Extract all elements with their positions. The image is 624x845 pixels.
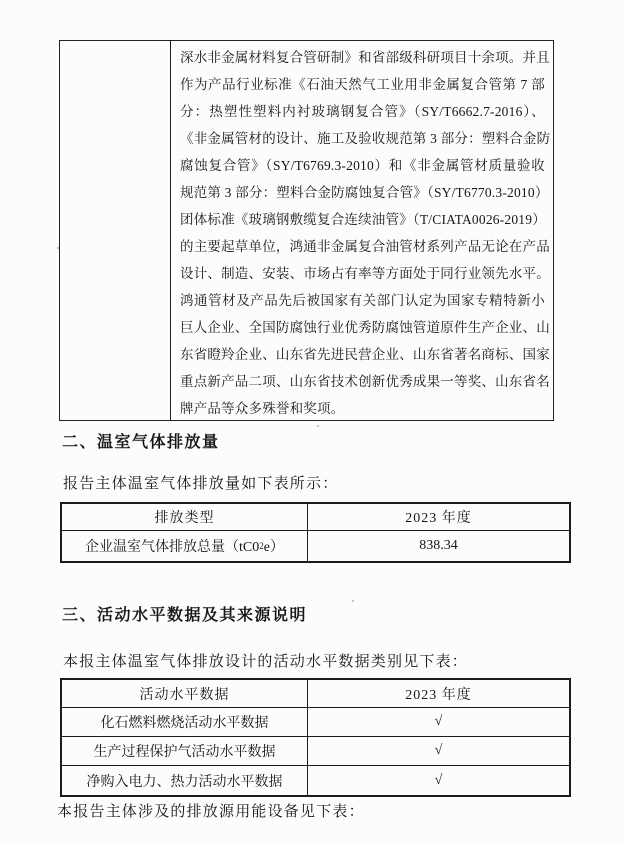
profile-text-line: 的主要起草单位，鸿通非金属复合油管材系列产品无论在产品 [180,233,545,260]
profile-text-line: 牌产品等众多殊誉和奖项。 [180,395,545,420]
scan-speck [57,247,59,249]
profile-text-line: 深水非金属材料复合管研制》和省部级科研项目十余项。并且 [180,44,545,71]
scanned-report-page: 深水非金属材料复合管研制》和省部级科研项目十余项。并且 作为产品行业标准《石油天… [0,0,624,845]
activity-table-header-row: 活动水平数据 2023 年度 [62,680,569,707]
equipment-intro-text: 本报告主体涉及的排放源用能设备见下表： [57,800,365,821]
section-heading-emissions: 二、温室气体排放量 [62,429,220,452]
emissions-table-data-row: 企业温室气体排放总量（tC02e） 838.34 [62,530,569,561]
emissions-col2-header: 2023 年度 [308,504,569,530]
activity-intro-text: 本报主体温室气体排放设计的活动水平数据类别见下表： [63,650,468,671]
profile-text-line: 东省瞪羚企业、山东省先进民营企业、山东省著名商标、国家 [180,341,545,368]
emissions-table: 排放类型 2023 年度 企业温室气体排放总量（tC02e） 838.34 [60,502,571,563]
activity-row-label: 生产过程保护气活动水平数据 [62,737,308,765]
activity-col1-header: 活动水平数据 [62,680,308,707]
activity-row-checkmark: √ [308,737,569,765]
activity-row-label: 化石燃料燃烧活动水平数据 [62,708,308,736]
emissions-table-header-row: 排放类型 2023 年度 [62,504,569,530]
profile-text-line: 作为产品行业标准《石油天然气工业用非金属复合管第 7 部 [180,71,545,98]
profile-text-line: 腐蚀复合管》（SY/T6769.3-2010）和《非金属管材质量验收 [180,152,545,179]
activity-row-label: 净购入电力、热力活动水平数据 [62,766,308,795]
emissions-total-label-prefix: 企业温室气体排放总量（tC0 [85,536,259,556]
profile-text-line: 巨人企业、全国防腐蚀行业优秀防腐蚀管道原件生产企业、山 [180,314,545,341]
emissions-total-label-suffix: e） [264,536,284,556]
activity-table-row: 生产过程保护气活动水平数据 √ [62,736,569,765]
scan-speck [317,425,319,427]
company-profile-table: 深水非金属材料复合管研制》和省部级科研项目十余项。并且 作为产品行业标准《石油天… [59,40,554,421]
profile-text-line: 鸿通管材及产品先后被国家有关部门认定为国家专精特新小 [180,287,545,314]
profile-text-line: 分：热塑性塑料内衬玻璃钢复合管》（SY/T6662.7-2016）、 [180,98,545,125]
activity-row-checkmark: √ [308,766,569,795]
scan-speck [352,600,354,602]
profile-text-line: 重点新产品二项、山东省技术创新优秀成果一等奖、山东省名 [180,368,545,395]
section-heading-activity: 三、活动水平数据及其来源说明 [62,602,307,625]
profile-text-line: 设计、制造、安装、市场占有率等方面处于同行业领先水平。 [180,260,545,287]
company-profile-text-cell: 深水非金属材料复合管研制》和省部级科研项目十余项。并且 作为产品行业标准《石油天… [171,41,553,420]
activity-row-checkmark: √ [308,708,569,736]
activity-table-row: 化石燃料燃烧活动水平数据 √ [62,707,569,736]
emissions-intro-text: 报告主体温室气体排放量如下表所示： [63,472,338,493]
emissions-total-value: 838.34 [308,531,569,561]
profile-text-line: 规范第 3 部分：塑料合金防腐蚀复合管》（SY/T6770.3-2010） [180,179,545,206]
profile-text-line: 团体标准《玻璃钢敷缆复合连续油管》（T/CIATA0026-2019） [180,206,545,233]
emissions-total-label: 企业温室气体排放总量（tC02e） [62,531,308,561]
activity-table: 活动水平数据 2023 年度 化石燃料燃烧活动水平数据 √ 生产过程保护气活动水… [60,678,571,797]
activity-col2-header: 2023 年度 [308,680,569,707]
emissions-col1-header: 排放类型 [62,504,308,530]
profile-text-line: 《非金属管材的设计、施工及验收规范第 3 部分：塑料合金防 [180,125,545,152]
company-profile-empty-cell [60,41,171,420]
activity-table-row: 净购入电力、热力活动水平数据 √ [62,765,569,795]
